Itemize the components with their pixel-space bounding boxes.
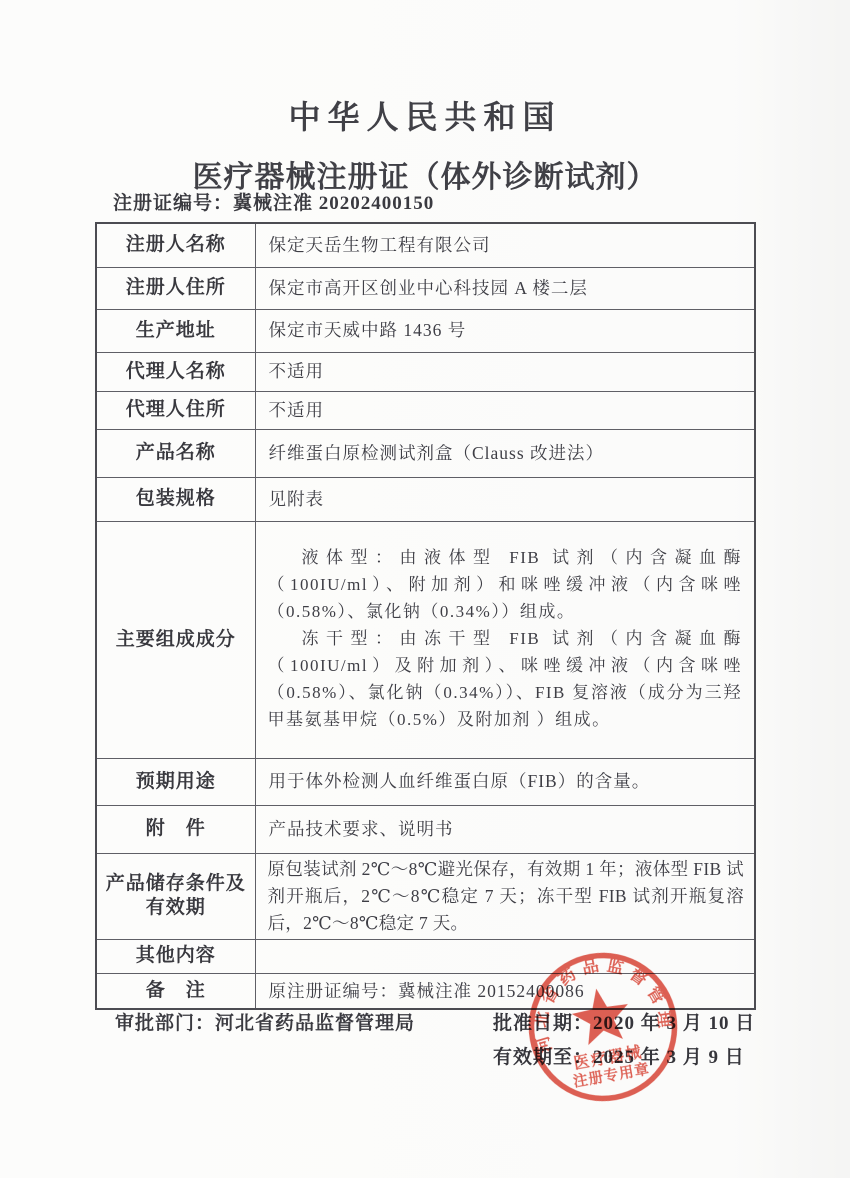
table-row-registrant-name: 注册人名称 保定天岳生物工程有限公司 [96, 223, 755, 267]
table-row-agent-name: 代理人名称 不适用 [96, 352, 755, 391]
registration-number-label: 注册证编号： [113, 193, 233, 214]
main-components-value: 液体型：由液体型 FIB 试剂（内含凝血酶（100IU/ml）、附加剂）和咪唑缓… [255, 521, 755, 758]
certificate-table: 注册人名称 保定天岳生物工程有限公司 注册人住所 保定市高开区创业中心科技园 A… [95, 222, 756, 1010]
table-row-production-address: 生产地址 保定市天威中路 1436 号 [96, 309, 755, 352]
certificate-header: 中华人民共和国 医疗器械注册证（体外诊断试剂） [0, 92, 850, 196]
other-content-value [255, 939, 755, 973]
table-row-storage-conditions: 产品储存条件及有效期 原包装试剂 2℃～8℃避光保存，有效期 1 年；液体型 F… [96, 853, 755, 939]
table-row-intended-use: 预期用途 用于体外检测人血纤维蛋白原（FIB）的含量。 [96, 758, 755, 805]
seal-star-icon [568, 984, 634, 1047]
main-components-label: 主要组成成分 [96, 521, 255, 758]
agent-address-value: 不适用 [255, 391, 755, 429]
table-row-main-components: 主要组成成分 液体型：由液体型 FIB 试剂（内含凝血酶（100IU/ml）、附… [96, 521, 755, 758]
registrant-name-value: 保定天岳生物工程有限公司 [255, 223, 755, 267]
table-row-registrant-address: 注册人住所 保定市高开区创业中心科技园 A 楼二层 [96, 267, 755, 309]
attachments-value: 产品技术要求、说明书 [255, 805, 755, 853]
country-title: 中华人民共和国 [0, 92, 850, 138]
registrant-address-value: 保定市高开区创业中心科技园 A 楼二层 [255, 267, 755, 309]
production-address-label: 生产地址 [96, 309, 255, 352]
intended-use-label: 预期用途 [96, 758, 255, 805]
agent-name-value: 不适用 [255, 352, 755, 391]
main-components-lyophilized-paragraph: 冻干型：由冻干型 FIB 试剂（内含凝血酶（100IU/ml）及附加剂）、咪唑缓… [268, 625, 743, 733]
storage-conditions-value: 原包装试剂 2℃～8℃避光保存，有效期 1 年；液体型 FIB 试剂开瓶后，2℃… [255, 853, 755, 939]
packaging-spec-label: 包装规格 [96, 477, 255, 521]
registrant-address-label: 注册人住所 [96, 267, 255, 309]
table-row-product-name: 产品名称 纤维蛋白原检测试剂盒（Clauss 改进法） [96, 429, 755, 477]
approval-department-label: 审批部门： [115, 1013, 215, 1034]
remarks-label: 备 注 [96, 973, 255, 1009]
approval-department-value: 河北省药品监督管理局 [215, 1013, 415, 1034]
main-components-liquid-paragraph: 液体型：由液体型 FIB 试剂（内含凝血酶（100IU/ml）、附加剂）和咪唑缓… [268, 544, 743, 625]
storage-conditions-label: 产品储存条件及有效期 [96, 853, 255, 939]
registrant-name-label: 注册人名称 [96, 223, 255, 267]
production-address-value: 保定市天威中路 1436 号 [255, 309, 755, 352]
product-name-label: 产品名称 [96, 429, 255, 477]
intended-use-value: 用于体外检测人血纤维蛋白原（FIB）的含量。 [255, 758, 755, 805]
certificate-page: 中华人民共和国 医疗器械注册证（体外诊断试剂） 注册证编号：冀械注准 20202… [0, 0, 850, 1178]
official-seal-graphic: 河北省药品监督管理局 医疗器械 注册专用章 [511, 935, 694, 1118]
other-content-label: 其他内容 [96, 939, 255, 973]
official-seal: 河北省药品监督管理局 医疗器械 注册专用章 [511, 935, 694, 1118]
remarks-value: 原注册证编号：冀械注准 20152400086 [255, 973, 755, 1009]
product-name-value: 纤维蛋白原检测试剂盒（Clauss 改进法） [255, 429, 755, 477]
agent-address-label: 代理人住所 [96, 391, 255, 429]
packaging-spec-value: 见附表 [255, 477, 755, 521]
table-row-packaging-spec: 包装规格 见附表 [96, 477, 755, 521]
table-row-attachments: 附 件 产品技术要求、说明书 [96, 805, 755, 853]
registration-number-value: 冀械注准 20202400150 [233, 193, 434, 214]
attachments-label: 附 件 [96, 805, 255, 853]
agent-name-label: 代理人名称 [96, 352, 255, 391]
table-row-agent-address: 代理人住所 不适用 [96, 391, 755, 429]
registration-number-line: 注册证编号：冀械注准 20202400150 [113, 188, 434, 215]
approval-department-line: 审批部门：河北省药品监督管理局 [115, 1008, 415, 1035]
